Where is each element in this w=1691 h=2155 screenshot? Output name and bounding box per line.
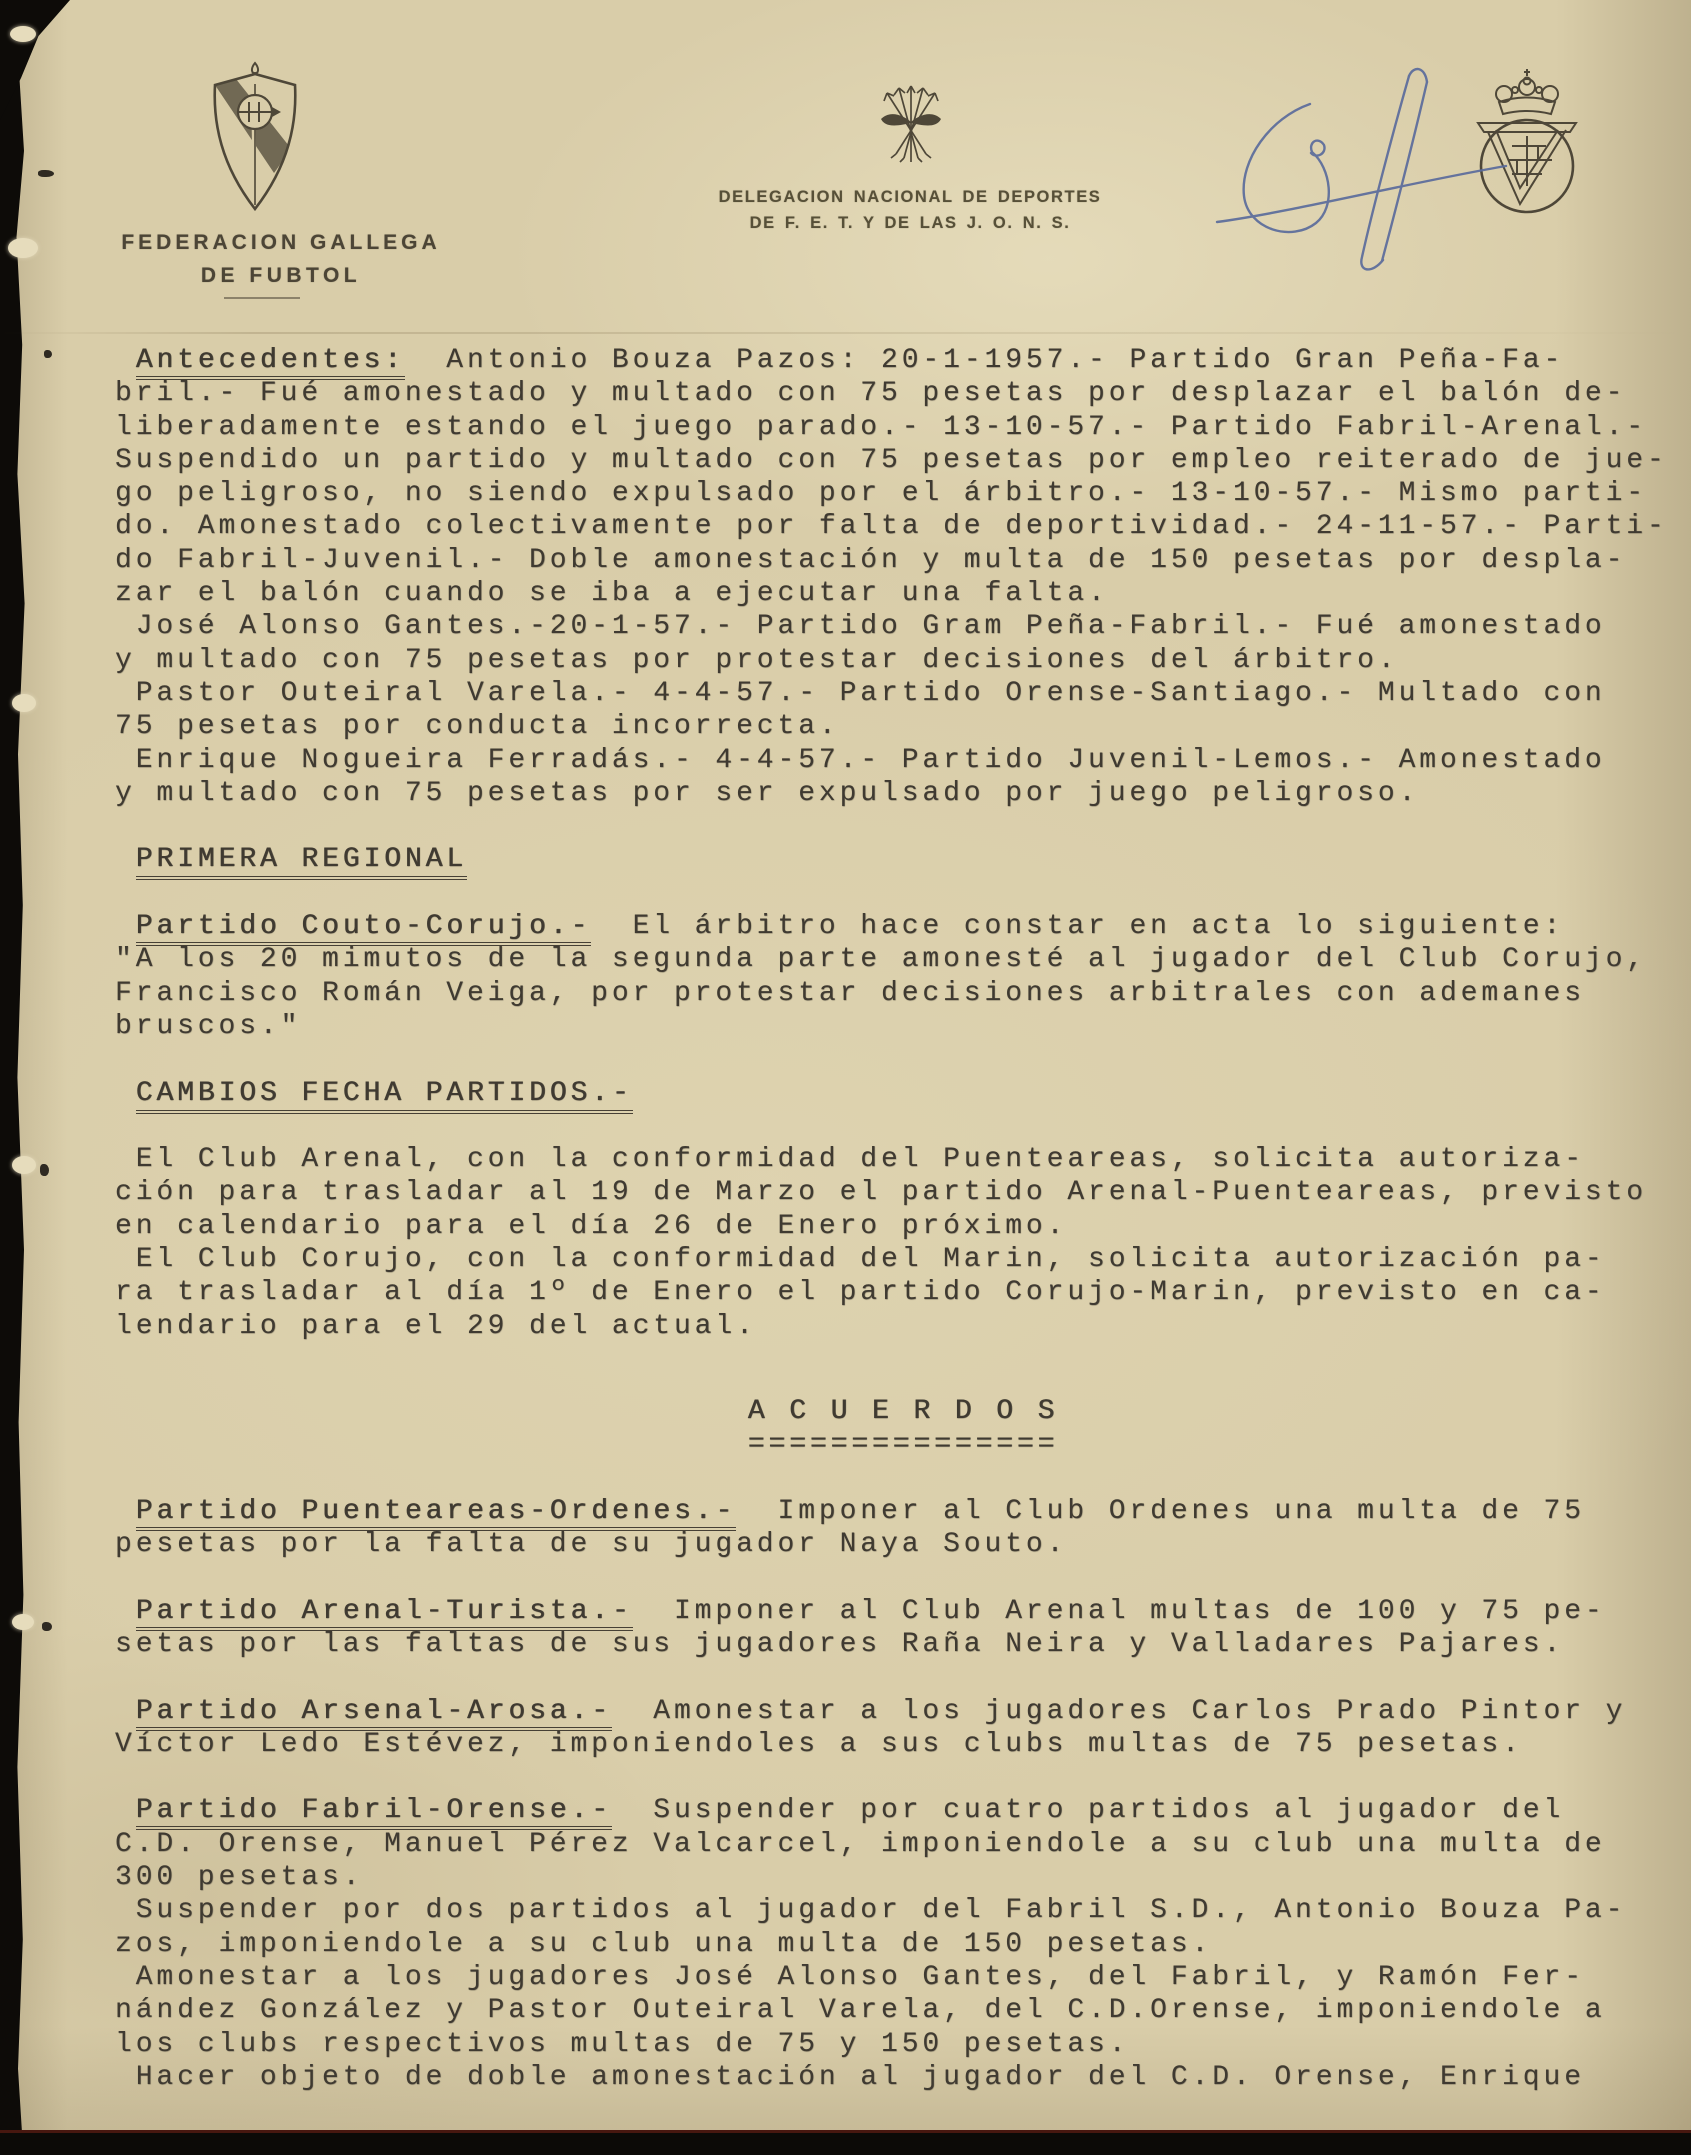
text-line: Partido Fabril-Orense.- Suspender por cu…	[115, 1794, 1691, 1827]
text-line: 75 pesetas por conducta incorrecta.	[115, 710, 1691, 743]
text-line: El Club Corujo, con la conformidad del M…	[115, 1243, 1691, 1276]
acuerdos-heading: A C U E R D O S===============	[115, 1395, 1691, 1462]
scanned-document-page: FEDERACION GALLEGA DE FUBTOL DELEGACION …	[0, 0, 1691, 2155]
delegation-heading: DELEGACION NACIONAL DE DEPORTES DE F. E.…	[700, 188, 1120, 233]
text-line: setas por las faltas de sus jugadores Ra…	[115, 1628, 1691, 1661]
document-body: Antecedentes: Antonio Bouza Pazos: 20-1-…	[115, 344, 1691, 2094]
ink-speck	[44, 350, 52, 358]
ink-speck	[40, 1164, 49, 1176]
text-line: Hacer objeto de doble amonestación al ju…	[115, 2061, 1691, 2094]
text-line: El Club Arenal, con la conformidad del P…	[115, 1143, 1691, 1176]
scan-edge-bottom	[0, 2130, 1691, 2155]
text-line: Enrique Nogueira Ferradás.- 4-4-57.- Par…	[115, 744, 1691, 777]
text-line: Amonestar a los jugadores José Alonso Ga…	[115, 1961, 1691, 1994]
text-line: do. Amonestado colectivamente por falta …	[115, 510, 1691, 543]
text-line: CAMBIOS FECHA PARTIDOS.-	[115, 1077, 1691, 1110]
text-line: bruscos."	[115, 1010, 1691, 1043]
ink-speck	[42, 1622, 52, 1631]
underlined-lead-text: Partido Arsenal-Arosa.-	[136, 1696, 612, 1731]
underlined-heading-text: CAMBIOS FECHA PARTIDOS.-	[136, 1078, 633, 1114]
delegation-line1: DELEGACION NACIONAL DE DEPORTES	[719, 188, 1102, 206]
paragraph: Partido Puenteareas-Ordenes.- Imponer al…	[115, 1495, 1691, 1562]
text-line: zar el balón cuando se iba a ejecutar un…	[115, 577, 1691, 610]
text-line: lendario para el 29 del actual.	[115, 1310, 1691, 1343]
section-heading: CAMBIOS FECHA PARTIDOS.-	[115, 1077, 1691, 1110]
lead-line-rest: Imponer al Club Ordenes una multa de 75	[736, 1496, 1585, 1527]
paragraph: Antecedentes: Antonio Bouza Pazos: 20-1-…	[115, 344, 1691, 810]
text-line: C.D. Orense, Manuel Pérez Valcarcel, imp…	[115, 1828, 1691, 1861]
acuerdos-title: A C U E R D O S	[115, 1395, 1691, 1428]
text-line: zos, imponiendole a su club una multa de…	[115, 1928, 1691, 1961]
acuerdos-rule: ===============	[115, 1428, 1691, 1461]
underlined-lead-text: Partido Arenal-Turista.-	[136, 1596, 633, 1631]
text-line: go peligroso, no siendo expulsado por el…	[115, 477, 1691, 510]
paragraph: Partido Couto-Corujo.- El árbitro hace c…	[115, 910, 1691, 1043]
text-line: Pastor Outeiral Varela.- 4-4-57.- Partid…	[115, 677, 1691, 710]
paragraph: Partido Arenal-Turista.- Imponer al Club…	[115, 1595, 1691, 1662]
text-line: bril.- Fué amonestado y multado con 75 p…	[115, 377, 1691, 410]
underlined-lead-text: Antecedentes:	[136, 345, 405, 380]
text-line: ra trasladar al día 1º de Enero el parti…	[115, 1276, 1691, 1309]
text-line: Partido Arenal-Turista.- Imponer al Club…	[115, 1595, 1691, 1628]
lead-line-rest: Antonio Bouza Pazos: 20-1-1957.- Partido…	[405, 345, 1564, 376]
text-line: y multado con 75 pesetas por ser expulsa…	[115, 777, 1691, 810]
underlined-lead-text: Partido Fabril-Orense.-	[136, 1795, 612, 1830]
text-line: Víctor Ledo Estévez, imponiendoles a sus…	[115, 1728, 1691, 1761]
text-line: Partido Couto-Corujo.- El árbitro hace c…	[115, 910, 1691, 943]
text-line: liberadamente estando el juego parado.- …	[115, 411, 1691, 444]
text-line: Francisco Román Veiga, por protestar dec…	[115, 977, 1691, 1010]
text-line: Partido Puenteareas-Ordenes.- Imponer al…	[115, 1495, 1691, 1528]
punch-hole	[12, 1614, 34, 1630]
text-line: Antecedentes: Antonio Bouza Pazos: 20-1-…	[115, 344, 1691, 377]
delegation-line2: DE F. E. T. Y DE LAS J. O. N. S.	[700, 214, 1120, 233]
paragraph: Partido Arsenal-Arosa.- Amonestar a los …	[115, 1695, 1691, 1762]
text-line: PRIMERA REGIONAL	[115, 843, 1691, 876]
falange-yoke-and-arrows-emblem-icon	[874, 82, 948, 162]
paper-tear	[10, 26, 36, 42]
handwritten-signature	[1212, 60, 1512, 282]
text-line: "A los 20 mimutos de la segunda parte am…	[115, 943, 1691, 976]
text-line: José Alonso Gantes.-20-1-57.- Partido Gr…	[115, 610, 1691, 643]
underlined-lead-text: Partido Couto-Corujo.-	[136, 911, 591, 946]
text-line: Suspender por dos partidos al jugador de…	[115, 1894, 1691, 1927]
letterhead-rule	[224, 297, 300, 299]
org-name-line2: DE FUBTOL	[96, 264, 466, 288]
underlined-lead-text: Partido Puenteareas-Ordenes.-	[136, 1496, 736, 1531]
ink-speck	[38, 170, 54, 177]
text-line: Suspendido un partido y multado con 75 p…	[115, 444, 1691, 477]
text-line: ción para trasladar al 19 de Marzo el pa…	[115, 1176, 1691, 1209]
text-line: los clubs respectivos multas de 75 y 150…	[115, 2028, 1691, 2061]
underlined-heading-text: PRIMERA REGIONAL	[136, 844, 467, 880]
scan-edge-left	[0, 0, 30, 2155]
punch-hole	[12, 1156, 36, 1174]
paper-tear	[8, 238, 38, 258]
paragraph: El Club Arenal, con la conformidad del P…	[115, 1143, 1691, 1343]
letterhead-org-name: FEDERACION GALLEGA DE FUBTOL	[96, 231, 466, 288]
lead-line-rest: Suspender por cuatro partidos al jugador…	[612, 1795, 1564, 1826]
text-line: pesetas por la falta de su jugador Naya …	[115, 1528, 1691, 1561]
section-heading: PRIMERA REGIONAL	[115, 843, 1691, 876]
text-line: y multado con 75 pesetas por protestar d…	[115, 644, 1691, 677]
text-line: do Fabril-Juvenil.- Doble amonestación y…	[115, 544, 1691, 577]
paper-crease	[0, 332, 1691, 334]
punch-hole	[12, 694, 36, 712]
text-line: en calendario para el día 26 de Enero pr…	[115, 1210, 1691, 1243]
text-line: nández González y Pastor Outeiral Varela…	[115, 1994, 1691, 2027]
org-name-line1: FEDERACION GALLEGA	[121, 231, 440, 254]
lead-line-rest: El árbitro hace constar en acta lo sigui…	[591, 911, 1564, 942]
text-line: Partido Arsenal-Arosa.- Amonestar a los …	[115, 1695, 1691, 1728]
text-line: 300 pesetas.	[115, 1861, 1691, 1894]
lead-line-rest: Imponer al Club Arenal multas de 100 y 7…	[633, 1596, 1606, 1627]
federation-shield-crest-icon	[203, 60, 307, 215]
paragraph: Partido Fabril-Orense.- Suspender por cu…	[115, 1794, 1691, 2094]
lead-line-rest: Amonestar a los jugadores Carlos Prado P…	[612, 1696, 1626, 1727]
